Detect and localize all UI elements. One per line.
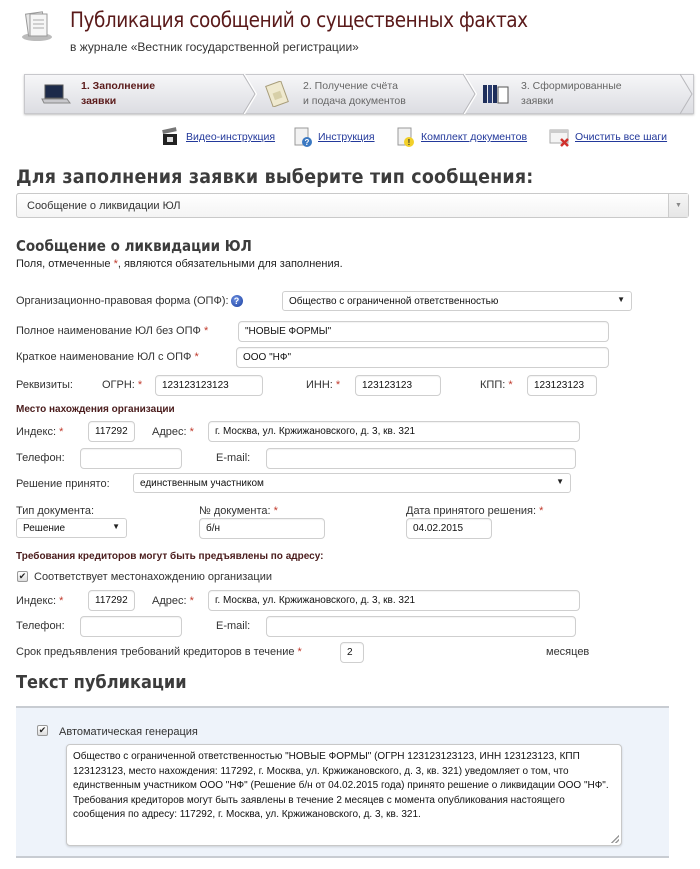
term-unit: месяцев [546, 646, 589, 658]
cred-phone-input[interactable] [80, 616, 182, 637]
step-formed-applications[interactable]: 3. Сформированныезаявки [481, 75, 622, 113]
doc-type-label: Тип документа: [16, 505, 94, 517]
required-note: Поля, отмеченные *, являются обязательны… [16, 258, 343, 270]
same-location-checkbox[interactable]: ✔ [17, 571, 28, 582]
decision-date-label: Дата принятого решения: * [406, 505, 543, 517]
resize-handle-icon[interactable] [611, 835, 619, 843]
publication-heading: Текст публикации [16, 672, 187, 693]
laptop-icon [41, 81, 71, 107]
email-label: E-mail: [216, 452, 250, 464]
clear-all-steps-link[interactable]: Очистить все шаги [549, 126, 667, 148]
cred-address-label: Адрес: * [152, 595, 194, 607]
step-separator [680, 74, 694, 114]
full-name-input[interactable]: "НОВЫЕ ФОРМЫ" [238, 321, 609, 342]
cred-email-label: E-mail: [216, 620, 250, 632]
step-separator [243, 74, 257, 114]
creditors-section-title: Требования кредиторов могут быть предъяв… [16, 551, 323, 562]
same-location-label: Соответствует местонахождению организаци… [34, 571, 272, 583]
location-section-title: Место нахождения организации [16, 404, 175, 415]
svg-text:!: ! [408, 138, 411, 147]
svg-text:?: ? [305, 138, 310, 147]
decision-select[interactable]: единственным участником▼ [133, 473, 571, 493]
chevron-down-icon[interactable]: ▼ [668, 194, 688, 217]
message-type-select[interactable]: Сообщение о ликвидации ЮЛ ▼ [16, 193, 689, 218]
cred-email-input[interactable] [266, 616, 576, 637]
cred-phone-label: Телефон: [16, 620, 65, 632]
full-name-label: Полное наименование ЮЛ без ОПФ * [16, 325, 208, 337]
selected-value: Сообщение о ликвидации ЮЛ [27, 200, 180, 212]
kpp-label: КПП: * [480, 379, 513, 391]
publication-panel: ✔ Автоматическая генерация Общество с ог… [16, 706, 669, 858]
email-input[interactable] [266, 448, 576, 469]
link-label[interactable]: Инструкция [318, 131, 375, 143]
help-document-icon: ? [292, 126, 314, 148]
step-label: заявки [81, 94, 155, 109]
index-input[interactable]: 117292 [88, 421, 135, 442]
cred-index-input[interactable]: 117292 [88, 590, 135, 611]
message-type-heading: Для заполнения заявки выберите тип сообщ… [16, 166, 533, 188]
wizard-steps: 1. Заполнениезаявки 2. Получение счётаи … [24, 74, 694, 114]
ogrn-input[interactable]: 123123123123 [155, 375, 263, 396]
doc-number-label: № документа: * [199, 505, 278, 517]
address-input[interactable]: г. Москва, ул. Кржижановского, д. 3, кв.… [208, 421, 580, 442]
phone-input[interactable] [80, 448, 182, 469]
help-links: Видео-инструкция ? Инструкция ! Комплект… [0, 126, 700, 150]
step-label: 3. Сформированные [521, 79, 622, 94]
step-label: 2. Получение счёта [303, 79, 406, 94]
inn-input[interactable]: 123123123 [355, 375, 441, 396]
calculator-icon [263, 81, 293, 107]
step-label: 1. Заполнение [81, 79, 155, 94]
video-icon [160, 126, 182, 148]
clear-icon [549, 126, 571, 148]
doc-number-input[interactable]: б/н [199, 518, 325, 539]
inn-label: ИНН: * [306, 379, 340, 391]
chevron-down-icon: ▼ [112, 522, 120, 531]
short-name-input[interactable]: ООО "НФ" [236, 347, 609, 368]
chevron-down-icon: ▼ [556, 477, 564, 486]
documents-icon [20, 8, 54, 42]
binders-icon [481, 81, 511, 107]
term-input[interactable]: 2 [340, 642, 364, 663]
link-label[interactable]: Видео-инструкция [186, 131, 275, 143]
auto-generation-label: Автоматическая генерация [59, 726, 198, 738]
documents-kit-link[interactable]: ! Комплект документов [395, 126, 527, 148]
instruction-link[interactable]: ? Инструкция [292, 126, 375, 148]
term-label: Срок предъявления требований кредиторов … [16, 646, 302, 658]
step-label: и подача документов [303, 94, 406, 109]
page-subtitle: в журнале «Вестник государственной регис… [70, 40, 359, 54]
chevron-down-icon: ▼ [617, 295, 625, 304]
address-label: Адрес: * [152, 426, 194, 438]
ogrn-label: ОГРН: * [102, 379, 142, 391]
step-label: заявки [521, 94, 622, 109]
decision-label: Решение принято: [16, 478, 110, 490]
form-heading: Сообщение о ликвидации ЮЛ [16, 237, 252, 255]
short-name-label: Краткое наименование ЮЛ с ОПФ * [16, 351, 199, 363]
index-label: Индекс: * [16, 426, 63, 438]
help-icon[interactable]: ? [231, 295, 243, 307]
video-instruction-link[interactable]: Видео-инструкция [160, 126, 275, 148]
requisites-label: Реквизиты: [16, 379, 73, 391]
step-invoice[interactable]: 2. Получение счётаи подача документов [263, 75, 406, 113]
link-label[interactable]: Очистить все шаги [575, 131, 667, 143]
link-label[interactable]: Комплект документов [421, 131, 527, 143]
doc-type-select[interactable]: Решение▼ [16, 518, 127, 538]
cred-index-label: Индекс: * [16, 595, 63, 607]
step-separator [463, 74, 477, 114]
opf-select[interactable]: Общество с ограниченной ответственностью… [282, 291, 632, 311]
opf-label: Организационно-правовая форма (ОПФ):? [16, 295, 243, 307]
cred-address-input[interactable]: г. Москва, ул. Кржижановского, д. 3, кв.… [208, 590, 580, 611]
auto-generation-checkbox[interactable]: ✔ [37, 725, 48, 736]
decision-date-input[interactable]: 04.02.2015 [406, 518, 492, 539]
kpp-input[interactable]: 123123123 [527, 375, 597, 396]
phone-label: Телефон: [16, 452, 65, 464]
page-title: Публикация сообщений о существенных факт… [70, 8, 528, 32]
publication-textarea[interactable]: Общество с ограниченной ответственностью… [66, 744, 622, 846]
warning-document-icon: ! [395, 126, 417, 148]
step-fill-application[interactable]: 1. Заполнениезаявки [41, 75, 155, 113]
